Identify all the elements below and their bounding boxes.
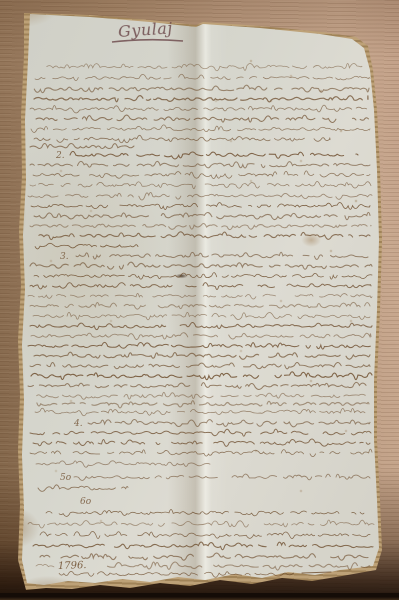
section-marker: 2. xyxy=(55,151,65,161)
manuscript-photo: 2.3.4.5o6o1796. Gyulaj xyxy=(0,0,399,600)
script-line xyxy=(47,64,362,71)
section-marker: 3. xyxy=(60,252,69,262)
script-line xyxy=(36,461,210,467)
script-line xyxy=(34,212,370,219)
script-line xyxy=(30,161,370,168)
final-dash xyxy=(302,572,331,573)
year-fragment: 1796. xyxy=(58,560,87,572)
script-line xyxy=(30,143,134,148)
script-line xyxy=(28,382,371,389)
script-line xyxy=(33,542,373,550)
script-line xyxy=(30,429,371,436)
script-line xyxy=(31,203,370,210)
script-line xyxy=(34,352,370,359)
script-line xyxy=(31,333,371,340)
script-line xyxy=(74,474,370,480)
script-line xyxy=(39,232,370,240)
script-line xyxy=(31,125,370,133)
script-line xyxy=(30,283,371,290)
script-line xyxy=(30,223,371,229)
script-line xyxy=(46,509,364,516)
script-line xyxy=(30,449,372,456)
script-line xyxy=(35,74,370,80)
script-line xyxy=(33,171,370,179)
script-line xyxy=(28,192,372,200)
script-line xyxy=(76,252,368,259)
script-line xyxy=(70,151,358,159)
script-line xyxy=(30,181,371,188)
script-line xyxy=(30,362,370,368)
script-line xyxy=(37,392,371,399)
handwriting-layer: 2.3.4.5o6o1796. xyxy=(0,0,399,600)
section-marker: 5o xyxy=(60,473,72,483)
script-line xyxy=(35,408,365,416)
section-marker: 4. xyxy=(73,419,83,429)
script-line xyxy=(31,372,372,380)
script-line xyxy=(34,96,368,102)
script-line xyxy=(30,262,372,269)
script-line xyxy=(88,420,370,427)
script-line xyxy=(36,115,372,122)
script-line xyxy=(30,323,372,330)
script-line xyxy=(36,564,54,567)
script-line xyxy=(38,485,128,491)
script-line xyxy=(35,243,138,249)
script-line xyxy=(33,439,370,446)
script-line xyxy=(28,520,374,528)
script-line xyxy=(40,531,370,538)
script-line xyxy=(59,572,305,578)
script-line xyxy=(33,312,370,319)
script-line xyxy=(108,562,371,570)
section-marker: 6o xyxy=(80,497,92,507)
script-line xyxy=(34,273,372,280)
script-line xyxy=(30,302,370,309)
script-line xyxy=(34,85,369,92)
script-line xyxy=(28,293,372,299)
script-line xyxy=(30,105,370,113)
script-line xyxy=(40,553,368,560)
script-line xyxy=(28,342,376,349)
script-line xyxy=(34,135,330,142)
script-line xyxy=(37,401,369,408)
